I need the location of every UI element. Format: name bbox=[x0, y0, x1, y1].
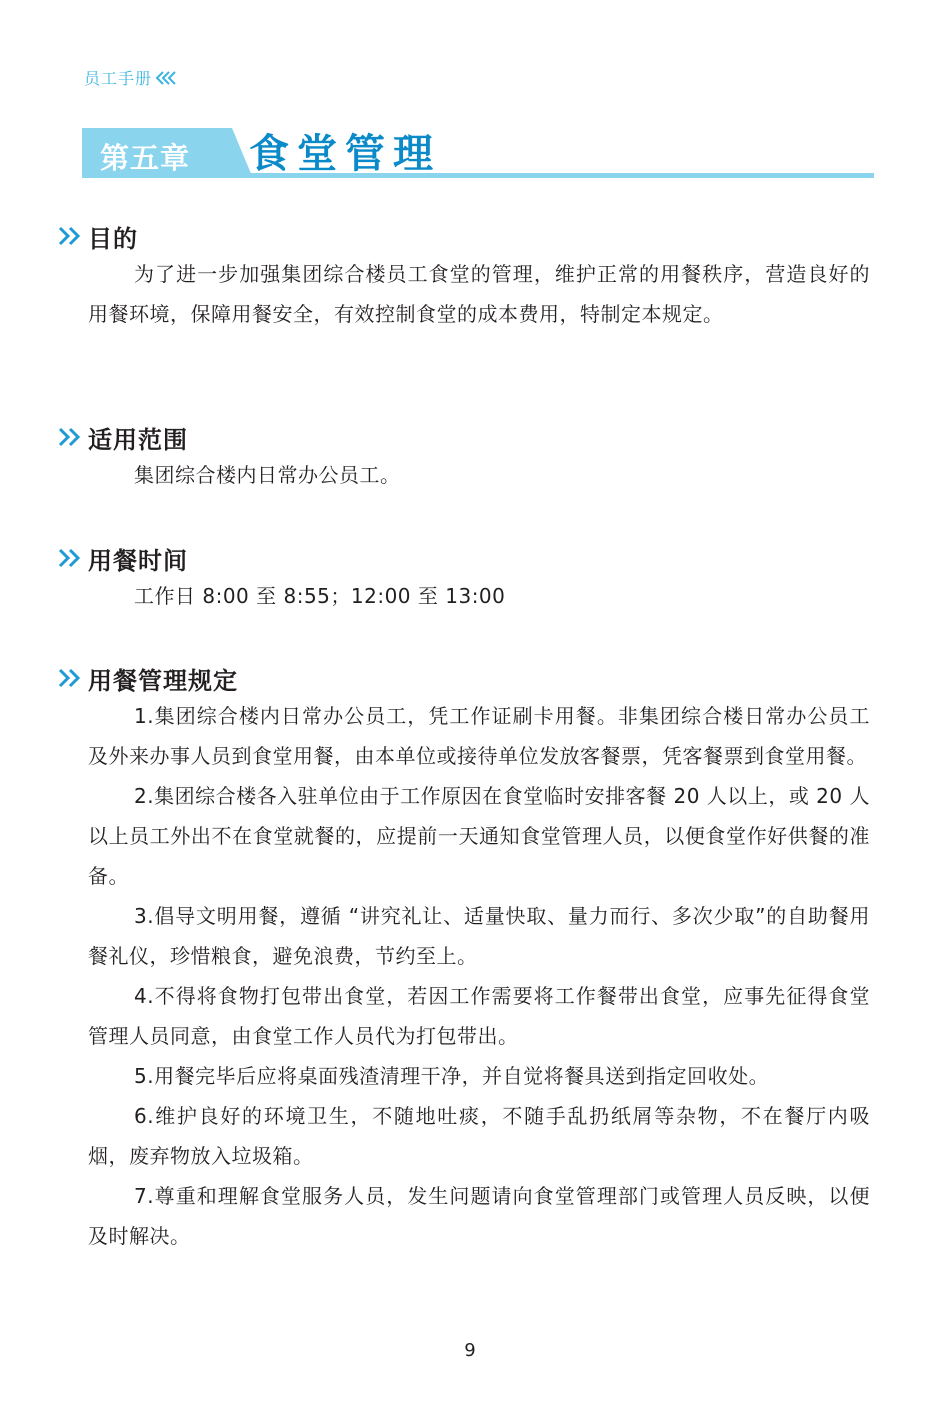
running-title: 员工手册 bbox=[84, 66, 152, 89]
chapter-rule bbox=[82, 173, 874, 178]
rule-item-2: 2.集团综合楼各入驻单位由于工作原因在食堂临时安排客餐 20 人以上，或 20 … bbox=[58, 776, 870, 896]
section-scope: 适用范围 集团综合楼内日常办公员工。 bbox=[58, 421, 870, 495]
section-meal-time: 用餐时间 工作日 8:00 至 8:55；12:00 至 13:00 bbox=[58, 542, 870, 616]
section-heading: 用餐管理规定 bbox=[58, 662, 870, 694]
rule-item-6: 6.维护良好的环境卫生，不随地吐痰，不随手乱扔纸屑等杂物，不在餐厅内吸烟，废弃物… bbox=[58, 1096, 870, 1176]
rule-item-4: 4.不得将食物打包带出食堂，若因工作需要将工作餐带出食堂，应事先征得食堂管理人员… bbox=[58, 976, 870, 1056]
page-number: 9 bbox=[0, 1340, 940, 1361]
section-purpose: 目的 为了进一步加强集团综合楼员工食堂的管理，维护正常的用餐秩序，营造良好的用餐… bbox=[58, 220, 870, 334]
rule-item-1: 1.集团综合楼内日常办公员工，凭工作证刷卡用餐。非集团综合楼日常办公员工及外来办… bbox=[58, 696, 870, 776]
paragraph: 集团综合楼内日常办公员工。 bbox=[58, 455, 870, 495]
paragraph: 为了进一步加强集团综合楼员工食堂的管理，维护正常的用餐秩序，营造良好的用餐环境，… bbox=[58, 254, 870, 334]
chapter-number: 第五章 bbox=[100, 136, 190, 177]
paragraph: 工作日 8:00 至 8:55；12:00 至 13:00 bbox=[58, 576, 870, 616]
rule-item-7: 7.尊重和理解食堂服务人员，发生问题请向食堂管理部门或管理人员反映，以便及时解决… bbox=[58, 1176, 870, 1256]
section-heading: 适用范围 bbox=[58, 421, 870, 453]
section-heading: 目的 bbox=[58, 220, 870, 252]
section-meal-rules: 用餐管理规定 1.集团综合楼内日常办公员工，凭工作证刷卡用餐。非集团综合楼日常办… bbox=[58, 662, 870, 1256]
section-title: 用餐时间 bbox=[88, 541, 188, 576]
double-chevron-right-icon bbox=[58, 666, 84, 690]
section-heading: 用餐时间 bbox=[58, 542, 870, 574]
chapter-title: 食堂管理 bbox=[249, 122, 441, 179]
double-chevron-right-icon bbox=[58, 425, 84, 449]
running-header: 员工手册 bbox=[84, 66, 179, 89]
double-chevron-right-icon bbox=[58, 546, 84, 570]
section-title: 目的 bbox=[88, 219, 138, 254]
rule-item-3: 3.倡导文明用餐，遵循 “讲究礼让、适量快取、量力而行、多次少取”的自助餐用餐礼… bbox=[58, 896, 870, 976]
rule-item-5: 5.用餐完毕后应将桌面残渣清理干净，并自觉将餐具送到指定回收处。 bbox=[58, 1056, 870, 1096]
section-title: 用餐管理规定 bbox=[88, 661, 238, 696]
double-chevron-right-icon bbox=[58, 224, 84, 248]
chapter-banner: 第五章 食堂管理 bbox=[82, 128, 874, 180]
triple-chevron-left-icon bbox=[155, 71, 179, 85]
section-title: 适用范围 bbox=[88, 420, 188, 455]
